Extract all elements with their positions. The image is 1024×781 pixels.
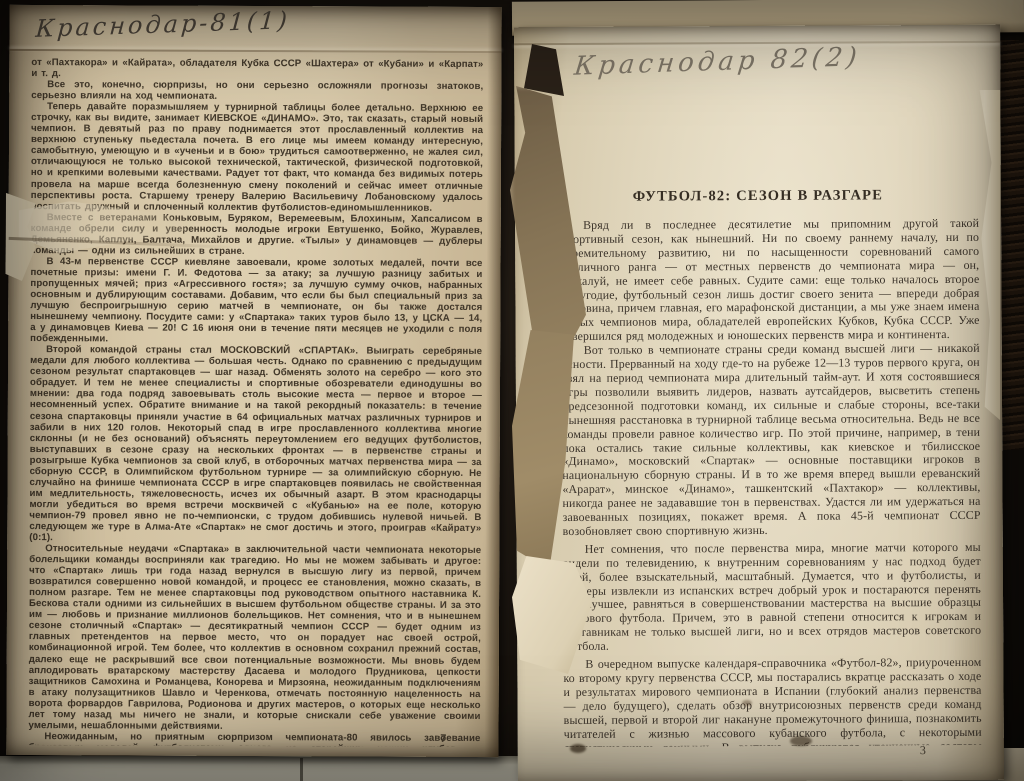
paragraph: Вряд ли в последнее десятилетие мы припо… bbox=[561, 217, 980, 344]
left-page-text-column: от «Пахтакора» и «Кайрата», обладателя К… bbox=[28, 57, 483, 747]
ink-stain bbox=[790, 736, 812, 746]
right-page: Краснодар 82(2) ФУТБОЛ-82: СЕЗОН В РАЗГА… bbox=[514, 25, 1004, 781]
background-page-stack-bottom bbox=[0, 756, 560, 781]
paragraph: Вот только в чемпионате страны среди ком… bbox=[562, 342, 981, 539]
paragraph: Неожиданным, но приятным сюрпризом чемпи… bbox=[28, 731, 480, 747]
right-page-text-column: Вряд ли в последнее десятилетие мы припо… bbox=[561, 217, 982, 747]
page-stack-seam bbox=[300, 758, 303, 781]
handwritten-annotation-left: Краснодар-81(1) bbox=[35, 5, 337, 43]
paragraph: В 43-м первенстве СССР киевляне завоевал… bbox=[30, 256, 482, 346]
paragraph: Теперь давайте поразмышляем у турнирной … bbox=[31, 101, 483, 213]
handwritten-annotation-right: Краснодар 82(2) bbox=[573, 40, 916, 81]
left-page-fold-edge bbox=[9, 49, 501, 53]
paragraph: от «Пахтакора» и «Кайрата», обладателя К… bbox=[31, 57, 483, 81]
page-number-right: 3 bbox=[920, 743, 926, 758]
article-heading: ФУТБОЛ-82: СЕЗОН В РАЗГАРЕ bbox=[515, 187, 1001, 207]
left-page: Краснодар-81(1) от «Пахтакора» и «Кайрат… bbox=[6, 5, 501, 757]
page-number-left: 7 bbox=[440, 733, 446, 745]
ink-stain bbox=[742, 700, 752, 706]
page-curl-shadow bbox=[484, 7, 501, 757]
paragraph: Относительные неудачи «Спартака» в заклю… bbox=[28, 543, 481, 733]
right-page-fold-edge bbox=[514, 41, 1000, 46]
ink-stain bbox=[570, 744, 586, 753]
paragraph: Все это, конечно, сюрпризы, но они серье… bbox=[31, 79, 483, 103]
paragraph: Второй командой страны стал МОСКОВСКИЙ «… bbox=[29, 344, 482, 545]
paragraph: Нет сомнения, что после первенства мира,… bbox=[563, 541, 982, 654]
paragraph: В очередном выпуске календаря-справочник… bbox=[563, 656, 981, 747]
